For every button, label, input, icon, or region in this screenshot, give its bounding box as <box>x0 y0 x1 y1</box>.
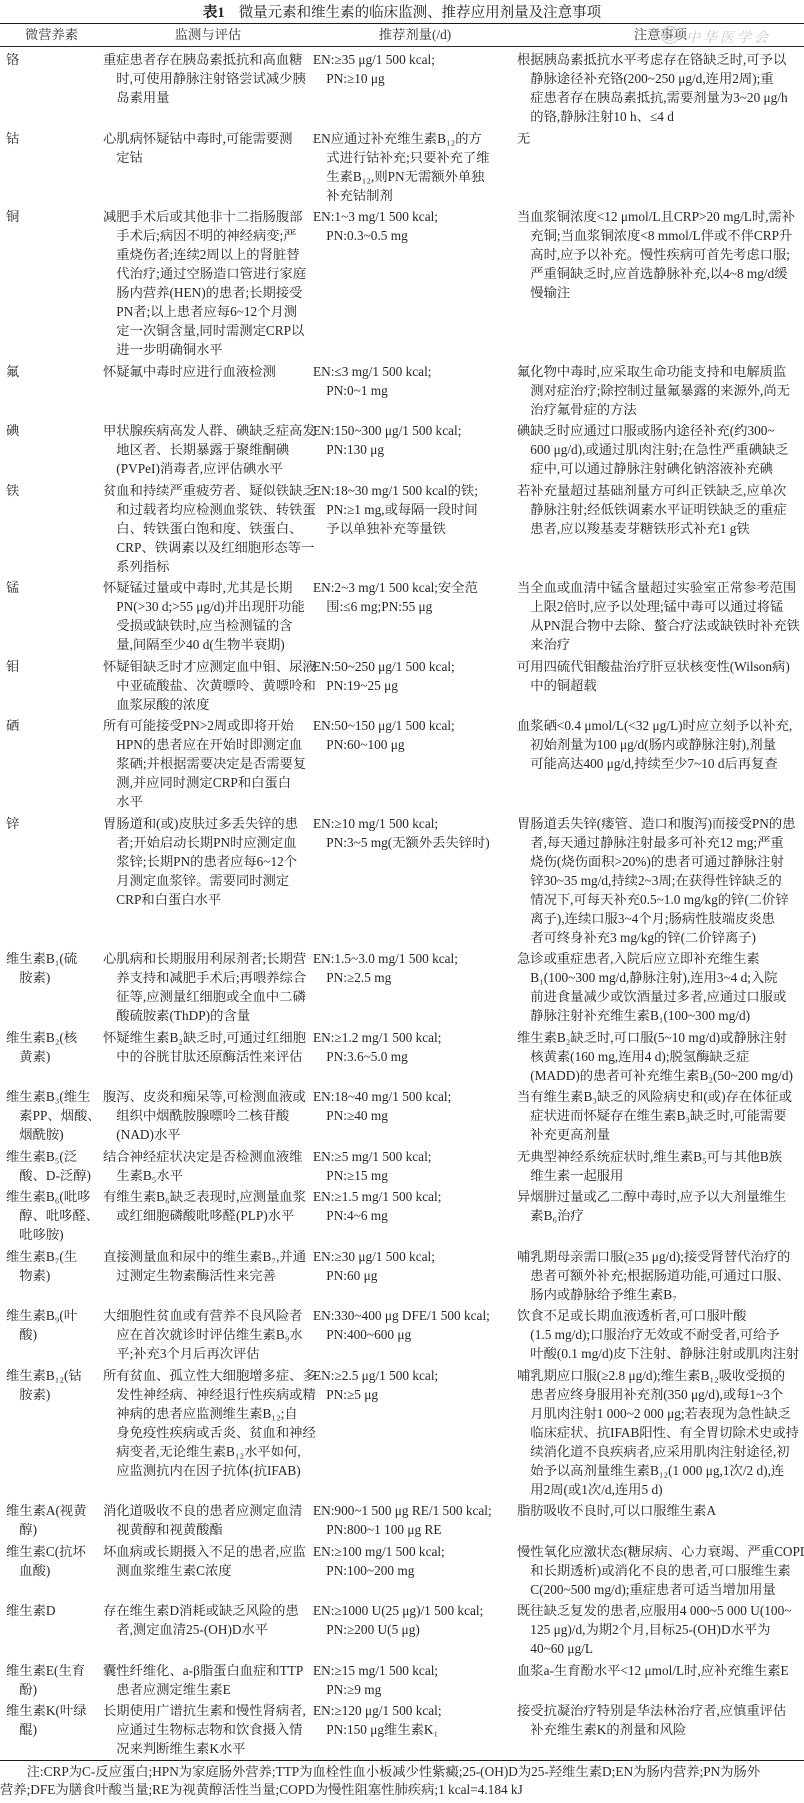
table-row: 维生素D存在维生素D消耗或缺乏风险的患 者,测定血清25-(OH)D水平EN:≥… <box>0 1600 804 1660</box>
dose-text: EN:≥30 μg/1 500 kcal; PN:60 μg <box>313 1247 517 1285</box>
nutrient-cell: 维生素B₉(叶 酸) <box>0 1305 103 1365</box>
nutrient-cell: 维生素B₂(核 黄素) <box>0 1027 103 1087</box>
nutrient-name: 维生素E(生育 酚) <box>6 1661 103 1699</box>
nutrient-cell: 维生素C(抗坏 血酸) <box>0 1541 103 1601</box>
notes-cell: 急诊或重症患者,入院后应立即补充维生素 B₁(100~300 mg/d,静脉注射… <box>517 948 804 1027</box>
monitoring-text: 结合神经症状决定是否检测血液维 生素B₅水平 <box>103 1147 313 1185</box>
notes-cell: 无 <box>517 128 804 207</box>
nutrient-name: 硒 <box>6 716 103 735</box>
dose-cell: EN:≥35 μg/1 500 kcal; PN:≥10 μg <box>313 46 517 128</box>
notes-cell: 当有维生素B₃缺乏的风险病史和(或)存在体征或 症状进而怀疑存在维生素B₃缺乏时… <box>517 1086 804 1146</box>
dose-text: EN:1.5~3.0 mg/1 500 kcal; PN:≥2.5 mg <box>313 949 517 987</box>
nutrient-cell: 碘 <box>0 420 103 480</box>
table-row: 钴心肌病怀疑钴中毒时,可能需要测 定钴EN应通过补充维生素B₁₂的方 式进行钴补… <box>0 128 804 207</box>
nutrient-name: 维生素B₇(生 物素) <box>6 1247 103 1285</box>
nutrient-cell: 维生素D <box>0 1600 103 1660</box>
nutrient-cell: 维生素B₁(硫 胺素) <box>0 948 103 1027</box>
monitoring-text: 直接测量血和尿中的维生素B₇,并通 过测定生物素酶活性来完善 <box>103 1247 313 1285</box>
monitoring-text: 坏血病或长期摄入不足的患者,应监 测血浆维生素C浓度 <box>103 1542 313 1580</box>
nutrient-name: 维生素K(叶绿 醌) <box>6 1701 103 1739</box>
dose-cell: EN:2~3 mg/1 500 kcal;安全范 围:≤6 mg;PN:55 μ… <box>313 577 517 656</box>
notes-cell: 碘缺乏时应通过口服或肠内途径补充(约300~ 600 μg/d),或通过肌肉注射… <box>517 420 804 480</box>
nutrient-cell: 维生素B₁₂(钴 胺素) <box>0 1365 103 1501</box>
notes-cell: 脂肪吸收不良时,可以口服维生素A <box>517 1500 804 1541</box>
nutrient-name: 维生素B₉(叶 酸) <box>6 1306 103 1344</box>
notes-text: 若补充量超过基础剂量方可纠正铁缺乏,应单次 静脉注射;经低铁调素水平证明铁缺乏的… <box>517 481 804 538</box>
table-row: 维生素C(抗坏 血酸)坏血病或长期摄入不足的患者,应监 测血浆维生素C浓度EN:… <box>0 1541 804 1601</box>
table-footnote: 注:CRP为C-反应蛋白;HPN为家庭肠外营养;TTP为血栓性血小板减少性紫癜;… <box>0 1763 804 1799</box>
dose-text: EN:50~250 μg/1 500 kcal; PN:19~25 μg <box>313 657 517 695</box>
monitoring-cell: 怀疑钼缺乏时才应测定血中钼、尿液 中亚硫酸盐、次黄嘌呤、黄嘌呤和 血浆尿酸的浓度 <box>103 656 313 716</box>
nutrient-name: 维生素B₅(泛 酸、D-泛醇) <box>6 1147 103 1185</box>
monitoring-text: 怀疑氟中毒时应进行血液检测 <box>103 362 313 381</box>
dose-text: EN:2~3 mg/1 500 kcal;安全范 围:≤6 mg;PN:55 μ… <box>313 578 517 616</box>
dose-text: EN:≤3 mg/1 500 kcal; PN:0~1 mg <box>313 362 517 400</box>
nutrient-name: 维生素C(抗坏 血酸) <box>6 1542 103 1580</box>
dose-text: EN:18~40 mg/1 500 kcal; PN:≥40 mg <box>313 1087 517 1125</box>
table-row: 钼怀疑钼缺乏时才应测定血中钼、尿液 中亚硫酸盐、次黄嘌呤、黄嘌呤和 血浆尿酸的浓… <box>0 656 804 716</box>
dose-text: EN:≥1000 U(25 μg)/1 500 kcal; PN:≥200 U(… <box>313 1601 517 1639</box>
notes-cell: 饮食不足或长期血液透析者,可口服叶酸 (1.5 mg/d);口服治疗无效或不耐受… <box>517 1305 804 1365</box>
nutrient-name: 铬 <box>6 50 103 69</box>
notes-text: 血浆a-生育酚水平<12 μmol/L时,应补充维生素E <box>517 1661 804 1680</box>
monitoring-text: 有维生素B₆缺乏表现时,应测量血浆 或红细胞磷酸吡哆醛(PLP)水平 <box>103 1187 313 1225</box>
monitoring-cell: 囊性纤维化、a-β脂蛋白血症和TTP 患者应测定维生素E <box>103 1660 313 1701</box>
nutrient-name: 氟 <box>6 362 103 381</box>
dose-text: EN:≥2.5 μg/1 500 kcal; PN:≥5 μg <box>313 1366 517 1404</box>
table-row: 铁贫血和持续严重疲劳者、疑似铁缺乏 和过载者均应检测血浆铁、转铁蛋 白、转铁蛋白… <box>0 480 804 578</box>
notes-text: 急诊或重症患者,入院后应立即补充维生素 B₁(100~300 mg/d,静脉注射… <box>517 949 804 1025</box>
header-dose: 推荐剂量(/d) <box>313 23 517 46</box>
monitoring-cell: 胃肠道和(或)皮肤过多丢失锌的患 者;开始启动长期PN时应测定血 浆锌;长期PN… <box>103 813 313 949</box>
dose-text: EN:900~1 500 μg RE/1 500 kcal; PN:800~1 … <box>313 1501 517 1539</box>
dose-text: EN:50~150 μg/1 500 kcal; PN:60~100 μg <box>313 716 517 754</box>
dose-text: EN:≥15 mg/1 500 kcal; PN:≥9 mg <box>313 1661 517 1699</box>
nutrient-name: 维生素D <box>6 1601 103 1620</box>
notes-text: 碘缺乏时应通过口服或肠内途径补充(约300~ 600 μg/d),或通过肌肉注射… <box>517 421 804 478</box>
monitoring-text: 存在维生素D消耗或缺乏风险的患 者,测定血清25-(OH)D水平 <box>103 1601 313 1639</box>
nutrient-cell: 维生素B₆(吡哆 醇、吡哆醛、 吡哆胺) <box>0 1186 103 1246</box>
dose-cell: EN应通过补充维生素B₁₂的方 式进行钴补充;只要补充了维 生素B₁₂,则PN无… <box>313 128 517 207</box>
dose-cell: EN:50~150 μg/1 500 kcal; PN:60~100 μg <box>313 715 517 813</box>
table-number: 表1 <box>203 5 225 21</box>
nutrient-cell: 维生素E(生育 酚) <box>0 1660 103 1701</box>
nutrient-cell: 维生素B₃(维生 素PP、烟酸、 烟酰胺) <box>0 1086 103 1146</box>
notes-text: 异烟肼过量或乙二醇中毒时,应予以大剂量维生 素B₆治疗 <box>517 1187 804 1225</box>
monitoring-cell: 减肥手术后或其他非十二指肠腹部 手术后;病因不明的神经病变;严 重烧伤者;连续2… <box>103 206 313 361</box>
nutrient-name: 钼 <box>6 657 103 676</box>
nutrient-name: 维生素B₂(核 黄素) <box>6 1028 103 1066</box>
monitoring-text: 怀疑维生素B₂缺乏时,可通过红细胞 中的谷胱甘肽还原酶活性来评估 <box>103 1028 313 1066</box>
monitoring-cell: 坏血病或长期摄入不足的患者,应监 测血浆维生素C浓度 <box>103 1541 313 1601</box>
monitoring-text: 所有贫血、孤立性大细胞增多症、多 发性神经病、神经退行性疾病或精 神病的患者应监… <box>103 1366 313 1480</box>
notes-text: 既往缺乏复发的患者,应服用4 000~5 000 U(100~ 125 μg)/… <box>517 1601 804 1658</box>
monitoring-text: 重症患者存在胰岛素抵抗和高血糖 时,可使用静脉注射铬尝试减少胰 岛素用量 <box>103 50 313 107</box>
dose-cell: EN:≥100 mg/1 500 kcal; PN:100~200 mg <box>313 1541 517 1601</box>
table-row: 维生素A(视黄 醇)消化道吸收不良的患者应测定血清 视黄醇和视黄酸酯EN:900… <box>0 1500 804 1541</box>
table-row: 硒所有可能接受PN>2周或即将开始 HPN的患者应在开始时即测定血 浆硒;并根据… <box>0 715 804 813</box>
notes-text: 当有维生素B₃缺乏的风险病史和(或)存在体征或 症状进而怀疑存在维生素B₃缺乏时… <box>517 1087 804 1144</box>
monitoring-cell: 存在维生素D消耗或缺乏风险的患 者,测定血清25-(OH)D水平 <box>103 1600 313 1660</box>
dose-cell: EN:1~3 mg/1 500 kcal; PN:0.3~0.5 mg <box>313 206 517 361</box>
table-row: 锰怀疑锰过量或中毒时,尤其是长期 PN(>30 d;>55 μg/d)并出现肝功… <box>0 577 804 656</box>
monitoring-text: 长期使用广谱抗生素和慢性肾病者, 应通过生物标志物和饮食摄入情 况来判断维生素K… <box>103 1701 313 1758</box>
dose-cell: EN:≥1.5 mg/1 500 kcal; PN:4~6 mg <box>313 1186 517 1246</box>
monitoring-cell: 心肌病和长期服用利尿剂者;长期营 养支持和减肥手术后;再喂养综合 征等,应测量红… <box>103 948 313 1027</box>
dose-cell: EN:≥15 mg/1 500 kcal; PN:≥9 mg <box>313 1660 517 1701</box>
notes-cell: 无典型神经系统症状时,维生素B₅可与其他B族 维生素一起服用 <box>517 1146 804 1187</box>
nutrient-name: 铜 <box>6 207 103 226</box>
nutrient-name: 锌 <box>6 814 103 833</box>
monitoring-text: 囊性纤维化、a-β脂蛋白血症和TTP 患者应测定维生素E <box>103 1661 313 1699</box>
dose-cell: EN:1.5~3.0 mg/1 500 kcal; PN:≥2.5 mg <box>313 948 517 1027</box>
monitoring-cell: 长期使用广谱抗生素和慢性肾病者, 应通过生物标志物和饮食摄入情 况来判断维生素K… <box>103 1700 313 1760</box>
monitoring-text: 减肥手术后或其他非十二指肠腹部 手术后;病因不明的神经病变;严 重烧伤者;连续2… <box>103 207 313 359</box>
notes-cell: 既往缺乏复发的患者,应服用4 000~5 000 U(100~ 125 μg)/… <box>517 1600 804 1660</box>
monitoring-text: 怀疑锰过量或中毒时,尤其是长期 PN(>30 d;>55 μg/d)并出现肝功能… <box>103 578 313 654</box>
dose-cell: EN:≥1000 U(25 μg)/1 500 kcal; PN:≥200 U(… <box>313 1600 517 1660</box>
dose-text: EN:≥1.2 mg/1 500 kcal; PN:3.6~5.0 mg <box>313 1028 517 1066</box>
table-row: 维生素B₉(叶 酸)大细胞性贫血或有营养不良风险者 应在首次就诊时评估维生素B₉… <box>0 1305 804 1365</box>
dose-text: EN:≥10 mg/1 500 kcal; PN:3~5 mg(无额外丢失锌时) <box>313 814 517 852</box>
monitoring-text: 胃肠道和(或)皮肤过多丢失锌的患 者;开始启动长期PN时应测定血 浆锌;长期PN… <box>103 814 313 909</box>
monitoring-cell: 心肌病怀疑钴中毒时,可能需要测 定钴 <box>103 128 313 207</box>
monitoring-text: 消化道吸收不良的患者应测定血清 视黄醇和视黄酸酯 <box>103 1501 313 1539</box>
dose-cell: EN:330~400 μg DFE/1 500 kcal; PN:400~600… <box>313 1305 517 1365</box>
dose-cell: EN:≥5 mg/1 500 kcal; PN:≥15 mg <box>313 1146 517 1187</box>
notes-cell: 接受抗凝治疗特别是华法林治疗者,应慎重评估 补充维生素K的剂量和风险 <box>517 1700 804 1760</box>
table-row: 维生素B₇(生 物素)直接测量血和尿中的维生素B₇,并通 过测定生物素酶活性来完… <box>0 1246 804 1306</box>
dose-cell: EN:≥120 μg/1 500 kcal; PN:150 μg维生素K₁ <box>313 1700 517 1760</box>
notes-cell: 哺乳期母亲需口服(≥35 μg/d);接受肾替代治疗的 患者可额外补充;根据肠道… <box>517 1246 804 1306</box>
dose-cell: EN:18~30 mg/1 500 kcal的铁; PN:≥1 mg,或每隔一段… <box>313 480 517 578</box>
notes-cell: 慢性氧化应激状态(糖尿病、心力衰竭、严重COPD 和长期透析)或消化不良的患者,… <box>517 1541 804 1601</box>
nutrient-cell: 硒 <box>0 715 103 813</box>
header-row: 微营养素 监测与评估 推荐剂量(/d) 注意事项 <box>0 23 804 46</box>
table-row: 维生素K(叶绿 醌)长期使用广谱抗生素和慢性肾病者, 应通过生物标志物和饮食摄入… <box>0 1700 804 1760</box>
notes-text: 接受抗凝治疗特别是华法林治疗者,应慎重评估 补充维生素K的剂量和风险 <box>517 1701 804 1739</box>
dose-cell: EN:18~40 mg/1 500 kcal; PN:≥40 mg <box>313 1086 517 1146</box>
notes-cell: 当血浆铜浓度<12 μmol/L且CRP>20 mg/L时,需补 充铜;当血浆铜… <box>517 206 804 361</box>
notes-text: 当全血或血清中锰含量超过实验室正常参考范围 上限2倍时,应予以处理;锰中毒可以通… <box>517 578 804 654</box>
monitoring-cell: 所有可能接受PN>2周或即将开始 HPN的患者应在开始时即测定血 浆硒;并根据需… <box>103 715 313 813</box>
monitoring-cell: 贫血和持续严重疲劳者、疑似铁缺乏 和过载者均应检测血浆铁、转铁蛋 白、转铁蛋白饱… <box>103 480 313 578</box>
nutrient-cell: 维生素B₇(生 物素) <box>0 1246 103 1306</box>
notes-text: 哺乳期母亲需口服(≥35 μg/d);接受肾替代治疗的 患者可额外补充;根据肠道… <box>517 1247 804 1304</box>
table-row: 铬重症患者存在胰岛素抵抗和高血糖 时,可使用静脉注射铬尝试减少胰 岛素用量EN:… <box>0 46 804 128</box>
dose-text: EN:18~30 mg/1 500 kcal的铁; PN:≥1 mg,或每隔一段… <box>313 481 517 538</box>
header-monitoring: 监测与评估 <box>103 23 313 46</box>
monitoring-cell: 所有贫血、孤立性大细胞增多症、多 发性神经病、神经退行性疾病或精 神病的患者应监… <box>103 1365 313 1501</box>
nutrient-cell: 铬 <box>0 46 103 128</box>
micronutrient-table: 微营养素 监测与评估 推荐剂量(/d) 注意事项 铬重症患者存在胰岛素抵抗和高血… <box>0 23 804 1761</box>
monitoring-text: 大细胞性贫血或有营养不良风险者 应在首次就诊时评估维生素B₉水 平;补充3个月后… <box>103 1306 313 1363</box>
dose-cell: EN:≥2.5 μg/1 500 kcal; PN:≥5 μg <box>313 1365 517 1501</box>
notes-cell: 哺乳期应口服(≥2.8 μg/d);维生素B₁₂吸收受损的 患者应终身服用补充剂… <box>517 1365 804 1501</box>
nutrient-name: 维生素B₃(维生 素PP、烟酸、 烟酰胺) <box>6 1087 103 1144</box>
table-row: 维生素B₁(硫 胺素)心肌病和长期服用利尿剂者;长期营 养支持和减肥手术后;再喂… <box>0 948 804 1027</box>
table-row: 铜减肥手术后或其他非十二指肠腹部 手术后;病因不明的神经病变;严 重烧伤者;连续… <box>0 206 804 361</box>
monitoring-text: 腹泻、皮炎和痴呆等,可检测血液或 组织中烟酰胺腺嘌呤二核苷酸 (NAD)水平 <box>103 1087 313 1144</box>
dose-cell: EN:900~1 500 μg RE/1 500 kcal; PN:800~1 … <box>313 1500 517 1541</box>
notes-text: 无 <box>517 129 804 148</box>
table-row: 维生素E(生育 酚)囊性纤维化、a-β脂蛋白血症和TTP 患者应测定维生素EEN… <box>0 1660 804 1701</box>
notes-text: 根据胰岛素抵抗水平考虑存在铬缺乏时,可予以 静脉途径补充铬(200~250 μg… <box>517 50 804 126</box>
notes-cell: 当全血或血清中锰含量超过实验室正常参考范围 上限2倍时,应予以处理;锰中毒可以通… <box>517 577 804 656</box>
nutrient-cell: 铁 <box>0 480 103 578</box>
monitoring-text: 甲状腺疾病高发人群、碘缺乏症高发 地区者、长期暴露于聚维酮碘 (PVPeI)消毒… <box>103 421 313 478</box>
dose-text: EN应通过补充维生素B₁₂的方 式进行钴补充;只要补充了维 生素B₁₂,则PN无… <box>313 129 517 205</box>
nutrient-name: 维生素B₆(吡哆 醇、吡哆醛、 吡哆胺) <box>6 1187 103 1244</box>
dose-text: EN:≥35 μg/1 500 kcal; PN:≥10 μg <box>313 50 517 88</box>
nutrient-name: 维生素B₁(硫 胺素) <box>6 949 103 987</box>
table-title: 表1微量元素和维生素的临床监测、推荐应用剂量及注意事项 <box>0 4 804 23</box>
nutrient-name: 碘 <box>6 421 103 440</box>
dose-cell: EN:≥1.2 mg/1 500 kcal; PN:3.6~5.0 mg <box>313 1027 517 1087</box>
monitoring-cell: 直接测量血和尿中的维生素B₇,并通 过测定生物素酶活性来完善 <box>103 1246 313 1306</box>
monitoring-text: 贫血和持续严重疲劳者、疑似铁缺乏 和过载者均应检测血浆铁、转铁蛋 白、转铁蛋白饱… <box>103 481 313 576</box>
notes-text: 哺乳期应口服(≥2.8 μg/d);维生素B₁₂吸收受损的 患者应终身服用补充剂… <box>517 1366 804 1499</box>
nutrient-cell: 钴 <box>0 128 103 207</box>
monitoring-cell: 结合神经症状决定是否检测血液维 生素B₅水平 <box>103 1146 313 1187</box>
table-row: 锌胃肠道和(或)皮肤过多丢失锌的患 者;开始启动长期PN时应测定血 浆锌;长期P… <box>0 813 804 949</box>
monitoring-text: 心肌病怀疑钴中毒时,可能需要测 定钴 <box>103 129 313 167</box>
dose-text: EN:330~400 μg DFE/1 500 kcal; PN:400~600… <box>313 1306 517 1344</box>
dose-text: EN:150~300 μg/1 500 kcal; PN:130 μg <box>313 421 517 459</box>
table-row: 维生素B₆(吡哆 醇、吡哆醛、 吡哆胺)有维生素B₆缺乏表现时,应测量血浆 或红… <box>0 1186 804 1246</box>
nutrient-cell: 钼 <box>0 656 103 716</box>
nutrient-name: 锰 <box>6 578 103 597</box>
nutrient-cell: 锌 <box>0 813 103 949</box>
table-row: 维生素B₃(维生 素PP、烟酸、 烟酰胺)腹泻、皮炎和痴呆等,可检测血液或 组织… <box>0 1086 804 1146</box>
monitoring-cell: 怀疑维生素B₂缺乏时,可通过红细胞 中的谷胱甘肽还原酶活性来评估 <box>103 1027 313 1087</box>
monitoring-text: 怀疑钼缺乏时才应测定血中钼、尿液 中亚硫酸盐、次黄嘌呤、黄嘌呤和 血浆尿酸的浓度 <box>103 657 313 714</box>
monitoring-cell: 重症患者存在胰岛素抵抗和高血糖 时,可使用静脉注射铬尝试减少胰 岛素用量 <box>103 46 313 128</box>
notes-cell: 异烟肼过量或乙二醇中毒时,应予以大剂量维生 素B₆治疗 <box>517 1186 804 1246</box>
notes-cell: 胃肠道丢失锌(瘘管、造口和腹泻)而接受PN的患 者,每天通过静脉注射最多可补充1… <box>517 813 804 949</box>
monitoring-cell: 甲状腺疾病高发人群、碘缺乏症高发 地区者、长期暴露于聚维酮碘 (PVPeI)消毒… <box>103 420 313 480</box>
notes-cell: 根据胰岛素抵抗水平考虑存在铬缺乏时,可予以 静脉途径补充铬(200~250 μg… <box>517 46 804 128</box>
notes-text: 血浆硒<0.4 μmol/L(<32 μg/L)时应立刻予以补充, 初始剂量为1… <box>517 716 804 773</box>
dose-text: EN:1~3 mg/1 500 kcal; PN:0.3~0.5 mg <box>313 207 517 245</box>
notes-text: 维生素B₂缺乏时,可口服(5~10 mg/d)或静脉注射 核黄素(160 mg,… <box>517 1028 804 1085</box>
dose-cell: EN:≥10 mg/1 500 kcal; PN:3~5 mg(无额外丢失锌时) <box>313 813 517 949</box>
nutrient-cell: 铜 <box>0 206 103 361</box>
notes-cell: 若补充量超过基础剂量方可纠正铁缺乏,应单次 静脉注射;经低铁调素水平证明铁缺乏的… <box>517 480 804 578</box>
dose-text: EN:≥100 mg/1 500 kcal; PN:100~200 mg <box>313 1542 517 1580</box>
monitoring-cell: 消化道吸收不良的患者应测定血清 视黄醇和视黄酸酯 <box>103 1500 313 1541</box>
dose-cell: EN:≥30 μg/1 500 kcal; PN:60 μg <box>313 1246 517 1306</box>
notes-cell: 血浆a-生育酚水平<12 μmol/L时,应补充维生素E <box>517 1660 804 1701</box>
table-row: 维生素B₂(核 黄素)怀疑维生素B₂缺乏时,可通过红细胞 中的谷胱甘肽还原酶活性… <box>0 1027 804 1087</box>
table-row: 维生素B₅(泛 酸、D-泛醇)结合神经症状决定是否检测血液维 生素B₅水平EN:… <box>0 1146 804 1187</box>
notes-text: 胃肠道丢失锌(瘘管、造口和腹泻)而接受PN的患 者,每天通过静脉注射最多可补充1… <box>517 814 804 947</box>
notes-text: 饮食不足或长期血液透析者,可口服叶酸 (1.5 mg/d);口服治疗无效或不耐受… <box>517 1306 804 1363</box>
monitoring-cell: 大细胞性贫血或有营养不良风险者 应在首次就诊时评估维生素B₉水 平;补充3个月后… <box>103 1305 313 1365</box>
notes-cell: 血浆硒<0.4 μmol/L(<32 μg/L)时应立刻予以补充, 初始剂量为1… <box>517 715 804 813</box>
table-row: 碘甲状腺疾病高发人群、碘缺乏症高发 地区者、长期暴露于聚维酮碘 (PVPeI)消… <box>0 420 804 480</box>
dose-text: EN:≥1.5 mg/1 500 kcal; PN:4~6 mg <box>313 1187 517 1225</box>
dose-cell: EN:50~250 μg/1 500 kcal; PN:19~25 μg <box>313 656 517 716</box>
notes-cell: 氟化物中毒时,应采取生命功能支持和电解质监 测对症治疗;除控制过量氟暴露的来源外… <box>517 361 804 421</box>
notes-text: 可用四硫代钼酸盐治疗肝豆状核变性(Wilson病) 中的铜超载 <box>517 657 804 695</box>
nutrient-cell: 锰 <box>0 577 103 656</box>
nutrient-name: 维生素B₁₂(钴 胺素) <box>6 1366 103 1404</box>
nutrient-name: 维生素A(视黄 醇) <box>6 1501 103 1539</box>
nutrient-name: 钴 <box>6 129 103 148</box>
table-caption: 微量元素和维生素的临床监测、推荐应用剂量及注意事项 <box>239 5 602 21</box>
notes-text: 氟化物中毒时,应采取生命功能支持和电解质监 测对症治疗;除控制过量氟暴露的来源外… <box>517 362 804 419</box>
monitoring-cell: 有维生素B₆缺乏表现时,应测量血浆 或红细胞磷酸吡哆醛(PLP)水平 <box>103 1186 313 1246</box>
nutrient-name: 铁 <box>6 481 103 500</box>
header-nutrient: 微营养素 <box>0 23 103 46</box>
dose-text: EN:≥5 mg/1 500 kcal; PN:≥15 mg <box>313 1147 517 1185</box>
notes-text: 当血浆铜浓度<12 μmol/L且CRP>20 mg/L时,需补 充铜;当血浆铜… <box>517 207 804 302</box>
monitoring-cell: 怀疑氟中毒时应进行血液检测 <box>103 361 313 421</box>
dose-text: EN:≥120 μg/1 500 kcal; PN:150 μg维生素K₁ <box>313 1701 517 1739</box>
monitoring-text: 心肌病和长期服用利尿剂者;长期营 养支持和减肥手术后;再喂养综合 征等,应测量红… <box>103 949 313 1025</box>
notes-text: 慢性氧化应激状态(糖尿病、心力衰竭、严重COPD 和长期透析)或消化不良的患者,… <box>517 1542 804 1599</box>
monitoring-cell: 腹泻、皮炎和痴呆等,可检测血液或 组织中烟酰胺腺嘌呤二核苷酸 (NAD)水平 <box>103 1086 313 1146</box>
notes-cell: 可用四硫代钼酸盐治疗肝豆状核变性(Wilson病) 中的铜超载 <box>517 656 804 716</box>
notes-text: 脂肪吸收不良时,可以口服维生素A <box>517 1501 804 1520</box>
notes-cell: 维生素B₂缺乏时,可口服(5~10 mg/d)或静脉注射 核黄素(160 mg,… <box>517 1027 804 1087</box>
nutrient-cell: 维生素B₅(泛 酸、D-泛醇) <box>0 1146 103 1187</box>
monitoring-text: 所有可能接受PN>2周或即将开始 HPN的患者应在开始时即测定血 浆硒;并根据需… <box>103 716 313 811</box>
nutrient-cell: 维生素A(视黄 醇) <box>0 1500 103 1541</box>
dose-cell: EN:≤3 mg/1 500 kcal; PN:0~1 mg <box>313 361 517 421</box>
table-row: 维生素B₁₂(钴 胺素)所有贫血、孤立性大细胞增多症、多 发性神经病、神经退行性… <box>0 1365 804 1501</box>
table-row: 氟怀疑氟中毒时应进行血液检测EN:≤3 mg/1 500 kcal; PN:0~… <box>0 361 804 421</box>
header-notes: 注意事项 <box>517 23 804 46</box>
dose-cell: EN:150~300 μg/1 500 kcal; PN:130 μg <box>313 420 517 480</box>
nutrient-cell: 氟 <box>0 361 103 421</box>
nutrient-cell: 维生素K(叶绿 醌) <box>0 1700 103 1760</box>
monitoring-cell: 怀疑锰过量或中毒时,尤其是长期 PN(>30 d;>55 μg/d)并出现肝功能… <box>103 577 313 656</box>
notes-text: 无典型神经系统症状时,维生素B₅可与其他B族 维生素一起服用 <box>517 1147 804 1185</box>
